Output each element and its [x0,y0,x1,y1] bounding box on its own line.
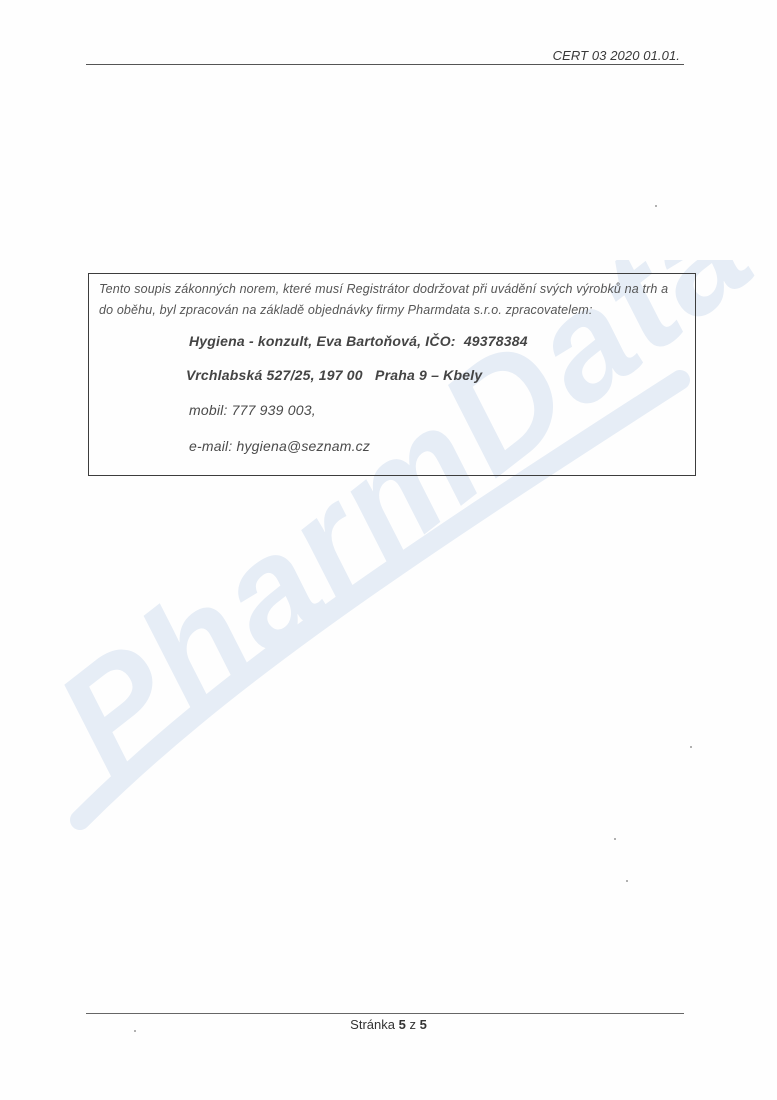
company-name: Hygiena - konzult, Eva Bartoňová, IČO: 4… [189,333,528,349]
processor-info-box: Tento soupis zákonných norem, které musí… [88,273,696,476]
email-address: e-mail: hygiena@seznam.cz [189,438,370,454]
document-page: CERT 03 2020 01.01. PharmData s.r.o. Ten… [0,0,777,1100]
page-number: Stránka 5 z 5 [0,1017,777,1032]
total-pages: 5 [420,1017,427,1032]
scan-speck [614,838,616,840]
company-address: Vrchlabská 527/25, 197 00 Praha 9 – Kbel… [186,367,482,383]
scan-speck [690,746,692,748]
scan-speck [655,205,657,207]
scan-speck [134,1030,136,1032]
intro-line-1: Tento soupis zákonných norem, které musí… [99,279,699,300]
of-label: z [409,1017,416,1032]
phone-number: mobil: 777 939 003, [189,402,316,418]
document-reference: CERT 03 2020 01.01. [553,48,680,63]
footer-divider [86,1013,684,1014]
scan-speck [626,880,628,882]
intro-line-2: do oběhu, byl zpracován na základě objed… [99,300,699,321]
current-page: 5 [399,1017,406,1032]
header-divider [86,64,684,65]
page-label: Stránka [350,1017,395,1032]
intro-text: Tento soupis zákonných norem, které musí… [99,279,699,321]
